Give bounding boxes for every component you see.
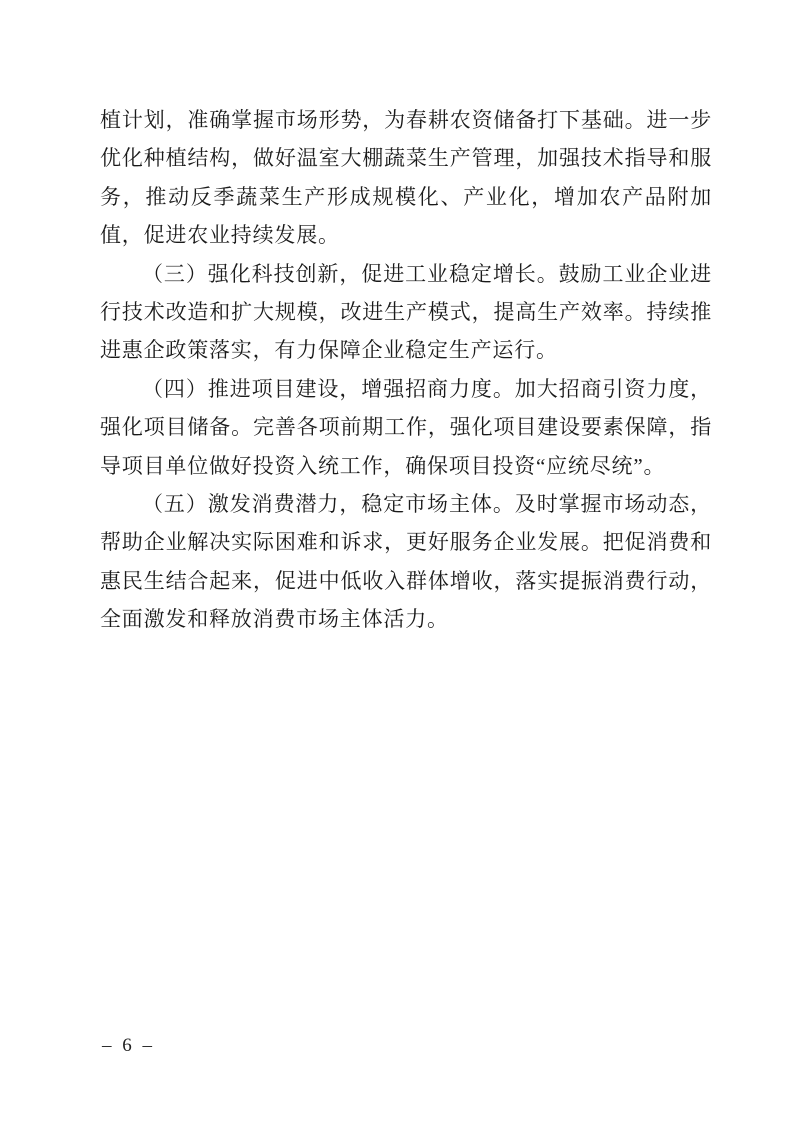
paragraph-section-5: （五）激发消费潜力，稳定市场主体。及时掌握市场动态，帮助企业解决实际困难和诉求，… (100, 485, 712, 639)
document-body: 植计划，准确掌握市场形势，为春耕农资储备打下基础。进一步优化种植结构，做好温室大… (100, 101, 712, 639)
paragraph-section-4: （四）推进项目建设，增强招商力度。加大招商引资力度，强化项目储备。完善各项前期工… (100, 370, 712, 485)
paragraph-section-3: （三）强化科技创新，促进工业稳定增长。鼓励工业企业进行技术改造和扩大规模，改进生… (100, 255, 712, 370)
document-page: 植计划，准确掌握市场形势，为春耕农资储备打下基础。进一步优化种植结构，做好温室大… (0, 0, 793, 1122)
paragraph-continuation: 植计划，准确掌握市场形势，为春耕农资储备打下基础。进一步优化种植结构，做好温室大… (100, 101, 712, 255)
page-number: – 6 – (102, 1035, 155, 1057)
